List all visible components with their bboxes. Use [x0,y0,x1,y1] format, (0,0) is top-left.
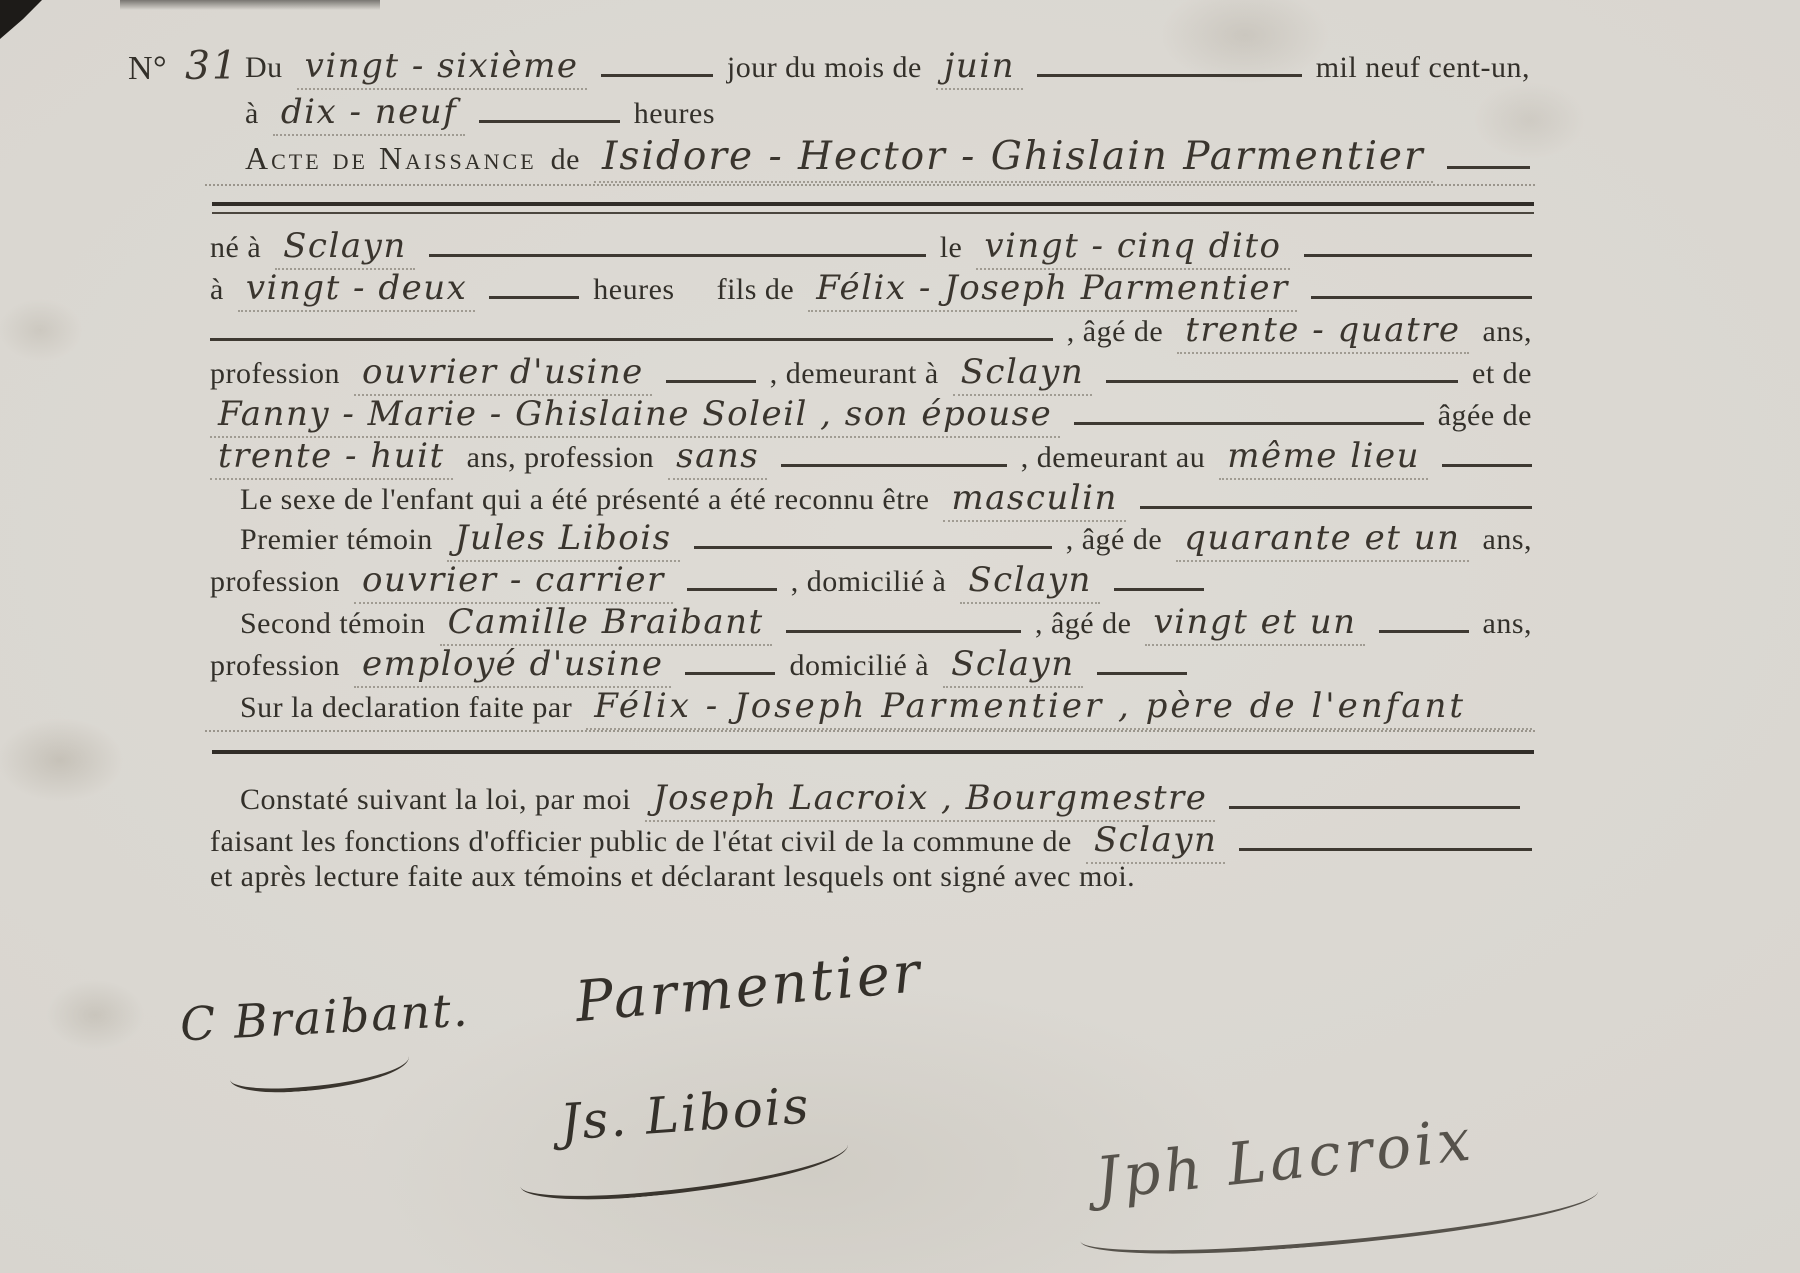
hw-mother-profession: sans [668,436,767,480]
printed-profession: profession [210,357,340,391]
act-number: N° 31 [128,44,247,91]
blank-line [1106,380,1458,383]
hw-day: vingt - sixième [297,46,587,90]
printed-ans-profession: ans, profession [467,441,654,475]
blank-line [687,588,777,591]
edge-smudge [120,0,380,10]
printed-ne-a: né à [210,231,261,265]
father-profession-line: profession ouvrier d'usine , demeurant à… [210,352,1532,396]
printed-ans: ans, [1483,607,1533,641]
blank-line [1037,74,1302,77]
signature-witness2: C Braibant. [179,982,471,1051]
blank-line [666,380,756,383]
act-number-value: 31 [177,44,247,91]
blank-line [1447,166,1530,169]
hw-child-name: Isidore - Hector - Ghislain Parmentier [594,134,1433,183]
hw-month: juin [936,46,1023,90]
printed-declaration-text: Sur la declaration faite par [240,691,572,725]
hw-witness1-name: Jules Libois [447,518,680,562]
closing-line: et après lecture faite aux témoins et dé… [210,860,1135,894]
printed-heures: heures [634,97,715,131]
act-number-label: N° [128,50,167,88]
hw-hour: dix - neuf [273,92,465,136]
signature-witness1: Js. Libois [558,1076,812,1151]
printed-age-de: , âgé de [1066,523,1162,557]
printed-a: à [245,97,259,131]
hw-commune: Sclayn [1086,820,1226,864]
printed-second-temoin: Second témoin [240,607,426,641]
title-line: Acte de Naissance de Isidore - Hector - … [245,134,1530,183]
hw-father-age: trente - quatre [1177,310,1468,354]
double-rule [212,202,1534,214]
dotted-guide [205,184,1535,186]
hw-declarant: Félix - Joseph Parmentier , père de l'en… [586,686,1532,730]
witness2-line: Second témoin Camille Braibant , âgé de … [240,602,1532,646]
printed-domicilie-a: , domicilié à [791,565,947,599]
birthplace-line: né à Sclayn le vingt - cinq dito [210,226,1532,270]
blank-line [479,120,619,123]
hw-witness2-profession: employé d'usine [354,644,671,688]
signature-officer: Jph Lacroix [1092,1105,1477,1212]
signature-flourish [229,1054,411,1096]
hw-officer-name: Joseph Lacroix , Bourgmestre [645,778,1215,822]
printed-heures: heures [593,273,674,307]
printed-profession: profession [210,649,340,683]
birth-hour-line: à vingt - deux heures fils de Félix - Jo… [210,268,1532,312]
printed-closing-text: et après lecture faite aux témoins et dé… [210,860,1135,894]
blank-line [685,672,775,675]
hw-father-name: Félix - Joseph Parmentier [808,268,1297,312]
mother-line: Fanny - Marie - Ghislaine Soleil , son é… [210,394,1532,438]
hw-mother-residence: même lieu [1219,436,1428,480]
printed-le: le [940,231,963,265]
printed-premier-temoin: Premier témoin [240,523,433,557]
sex-line: Le sexe de l'enfant qui a été présenté a… [240,478,1532,522]
hw-father-residence: Sclayn [953,352,1093,396]
printed-faisant-text: faisant les fonctions d'officier public … [210,825,1072,859]
hw-witness1-age: quarante et un [1176,518,1468,562]
printed-age-de: , âgé de [1067,315,1163,349]
blank-line [1229,806,1520,809]
father-age-line: , âgé de trente - quatre ans, [210,310,1532,354]
printed-de: de [551,143,580,177]
hw-witness2-name: Camille Braibant [440,602,772,646]
hw-birth-hour: vingt - deux [238,268,475,312]
printed-du: Du [245,51,283,85]
heavy-rule [212,750,1534,754]
printed-fils-de: fils de [717,273,795,307]
blank-line [210,338,1053,341]
printed-age-de: , âgé de [1035,607,1131,641]
declaration-line: Sur la declaration faite par Félix - Jos… [240,686,1532,730]
printed-sexe-text: Le sexe de l'enfant qui a été présenté a… [240,483,929,517]
commune-line: faisant les fonctions d'officier public … [210,820,1532,864]
blank-line [1074,422,1424,425]
blank-line [1239,848,1532,851]
blank-line [1304,254,1532,257]
printed-ans: ans, [1483,523,1533,557]
printed-agee-de: âgée de [1438,399,1532,433]
printed-jour-du-mois: jour du mois de [727,51,922,85]
blank-line [1114,588,1204,591]
blank-line [489,296,579,299]
birth-certificate-scan: N° 31 Du vingt - sixième jour du mois de… [0,0,1800,1273]
blank-line [1442,464,1532,467]
hw-witness1-profession: ouvrier - carrier [354,560,673,604]
blank-line [1379,630,1469,633]
blank-line [429,254,926,257]
blank-line [1311,296,1532,299]
printed-year: mil neuf cent-un, [1316,51,1530,85]
blank-line [694,546,1052,549]
corner-mark [0,0,42,50]
printed-ans: ans, [1483,315,1533,349]
blank-line [1097,672,1187,675]
date-line: Du vingt - sixième jour du mois de juin … [245,46,1530,90]
dotted-guide [205,730,1535,732]
printed-a: à [210,273,224,307]
printed-constate-text: Constaté suivant la loi, par moi [240,783,631,817]
printed-et-de: et de [1472,357,1532,391]
blank-line [781,464,1007,467]
hour-line: à dix - neuf heures [245,92,715,136]
mother-detail-line: trente - huit ans, profession sans , dem… [210,436,1532,480]
hw-birthdate: vingt - cinq dito [976,226,1289,270]
hw-witness2-residence: Sclayn [943,644,1083,688]
officer-line: Constaté suivant la loi, par moi Joseph … [240,778,1520,822]
witness2-profession-line: profession employé d'usine domicilié à S… [210,644,1270,688]
witness1-line: Premier témoin Jules Libois , âgé de qua… [240,518,1532,562]
printed-demeurant-a: , demeurant à [770,357,939,391]
hw-birthplace: Sclayn [275,226,415,270]
printed-profession: profession [210,565,340,599]
printed-demeurant-au: , demeurant au [1021,441,1205,475]
hw-father-profession: ouvrier d'usine [354,352,652,396]
witness1-profession-line: profession ouvrier - carrier , domicilié… [210,560,1290,604]
blank-line [786,630,1021,633]
blank-line [601,74,713,77]
printed-acte-de-naissance: Acte de Naissance [245,140,537,177]
printed-domicilie-a: domicilié à [789,649,929,683]
hw-mother-age: trente - huit [210,436,453,480]
hw-mother-name: Fanny - Marie - Ghislaine Soleil , son é… [210,394,1060,438]
blank-line [1140,506,1532,509]
hw-witness1-residence: Sclayn [960,560,1100,604]
hw-witness2-age: vingt et un [1145,602,1364,646]
signature-father: Parmentier [573,940,925,1035]
hw-sex: masculin [943,478,1126,522]
